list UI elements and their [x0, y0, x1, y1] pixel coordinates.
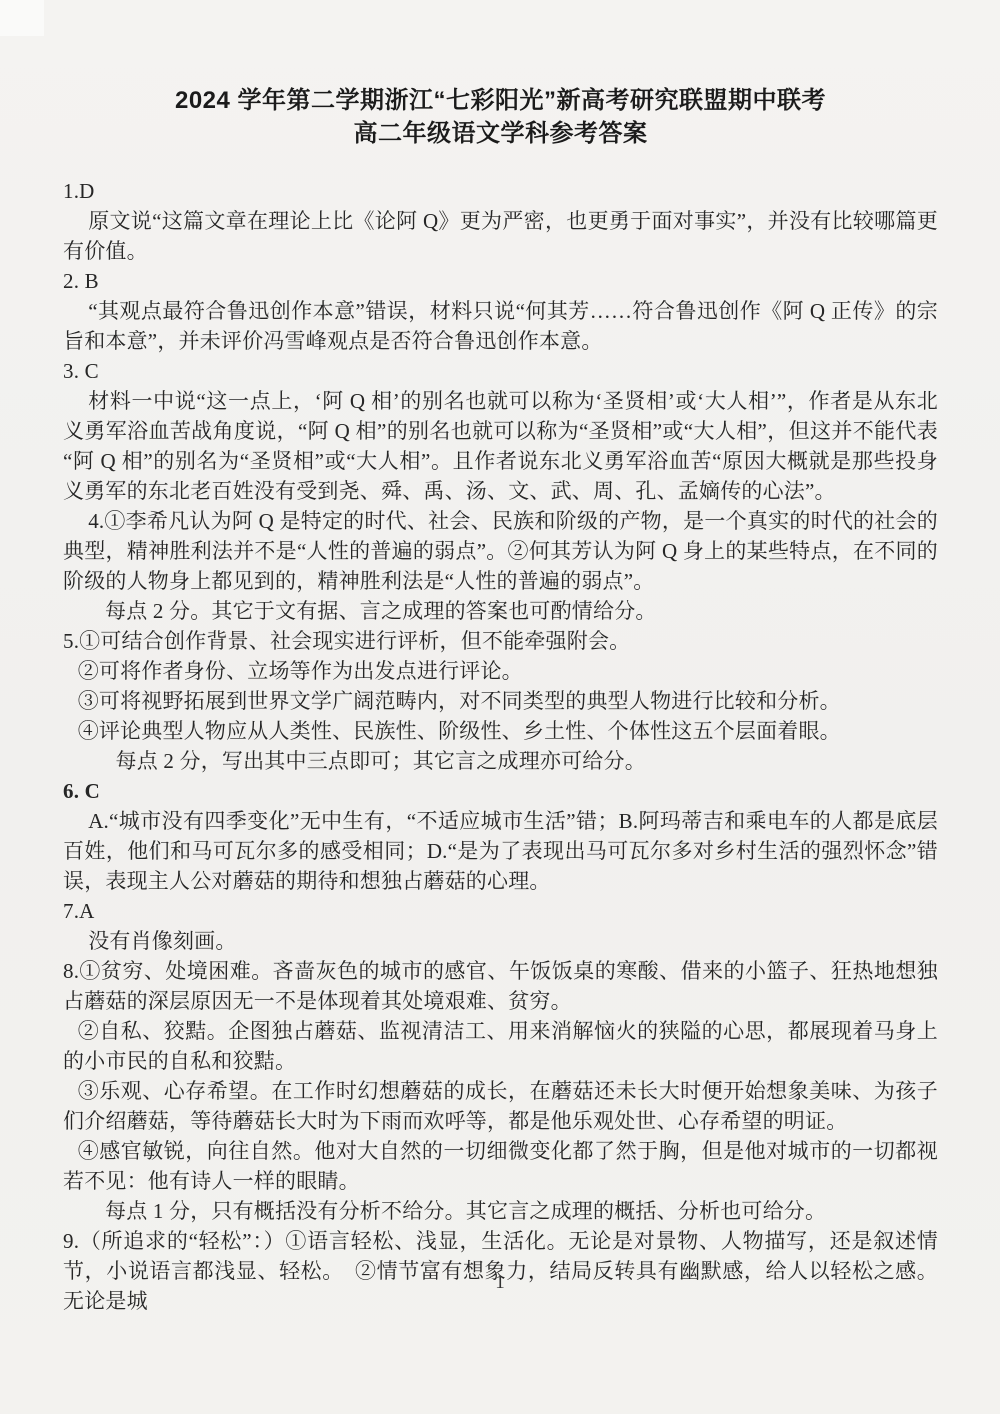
question-1-explanation: 原文说“这篇文章在理论上比《论阿 Q》更为严密，也更勇于面对事实”，并没有比较哪… — [63, 206, 938, 266]
question-6-answer: 6. C — [63, 776, 938, 806]
document-title-line2: 高二年级语文学科参考答案 — [63, 117, 938, 150]
question-4-scoring-note: 每点 2 分。其它于文有据、言之成理的答案也可酌情给分。 — [63, 596, 938, 626]
question-8-point-4: ④感官敏锐，向往自然。他对大自然的一切细微变化都了然于胸，但是他对城市的一切都视… — [63, 1136, 938, 1196]
answer-sheet-content: 2024 学年第二学期浙江“七彩阳光”新高考研究联盟期中联考 高二年级语文学科参… — [0, 0, 1000, 1316]
question-2-answer: 2. B — [63, 266, 938, 296]
question-8-point-1: 8.①贫穷、处境困难。吝啬灰色的城市的感官、午饭饭桌的寒酸、借来的小篮子、狂热地… — [63, 956, 938, 1016]
question-6-explanation: A.“城市没有四季变化”无中生有，“不适应城市生活”错；B.阿玛蒂吉和乘电车的人… — [63, 806, 938, 896]
question-7-explanation: 没有肖像刻画。 — [63, 926, 938, 956]
answers-body: 1.D 原文说“这篇文章在理论上比《论阿 Q》更为严密，也更勇于面对事实”，并没… — [63, 176, 938, 1316]
question-3-explanation: 材料一中说“这一点上，‘阿 Q 相’的别名也就可以称为‘圣贤相’或‘大人相’”，… — [63, 386, 938, 506]
question-1-answer: 1.D — [63, 176, 938, 206]
document-title-line1: 2024 学年第二学期浙江“七彩阳光”新高考研究联盟期中联考 — [63, 84, 938, 117]
question-8-point-3: ③乐观、心存希望。在工作时幻想蘑菇的成长，在蘑菇还未长大时便开始想象美味、为孩子… — [63, 1076, 938, 1136]
page-number: 1 — [0, 1272, 1000, 1294]
question-4-points: 4.①李希凡认为阿 Q 是特定的时代、社会、民族和阶级的产物，是一个真实的时代的… — [63, 506, 938, 596]
question-8-scoring-note: 每点 1 分，只有概括没有分析不给分。其它言之成理的概括、分析也可给分。 — [63, 1196, 938, 1226]
question-5-point-4: ④评论典型人物应从人类性、民族性、阶级性、乡土性、个体性这五个层面着眼。 — [63, 716, 938, 746]
question-9-answer-text: 9.（所追求的“轻松”：）①语言轻松、浅显，生活化。无论是对景物、人物描写，还是… — [63, 1226, 938, 1316]
question-5-point-1: 5.①可结合创作背景、社会现实进行评析，但不能牵强附会。 — [63, 626, 938, 656]
question-7-answer: 7.A — [63, 896, 938, 926]
question-8-point-2: ②自私、狡黠。企图独占蘑菇、监视清洁工、用来消解恼火的狭隘的心思，都展现着马身上… — [63, 1016, 938, 1076]
document-page: 2024 学年第二学期浙江“七彩阳光”新高考研究联盟期中联考 高二年级语文学科参… — [0, 0, 1000, 1414]
question-5-point-3: ③可将视野拓展到世界文学广阔范畴内，对不同类型的典型人物进行比较和分析。 — [63, 686, 938, 716]
question-5-scoring-note: 每点 2 分，写出其中三点即可；其它言之成理亦可给分。 — [63, 746, 938, 776]
question-2-explanation: “其观点最符合鲁迅创作本意”错误，材料只说“何其芳……符合鲁迅创作《阿 Q 正传… — [63, 296, 938, 356]
question-5-point-2: ②可将作者身份、立场等作为出发点进行评论。 — [63, 656, 938, 686]
question-3-answer: 3. C — [63, 356, 938, 386]
